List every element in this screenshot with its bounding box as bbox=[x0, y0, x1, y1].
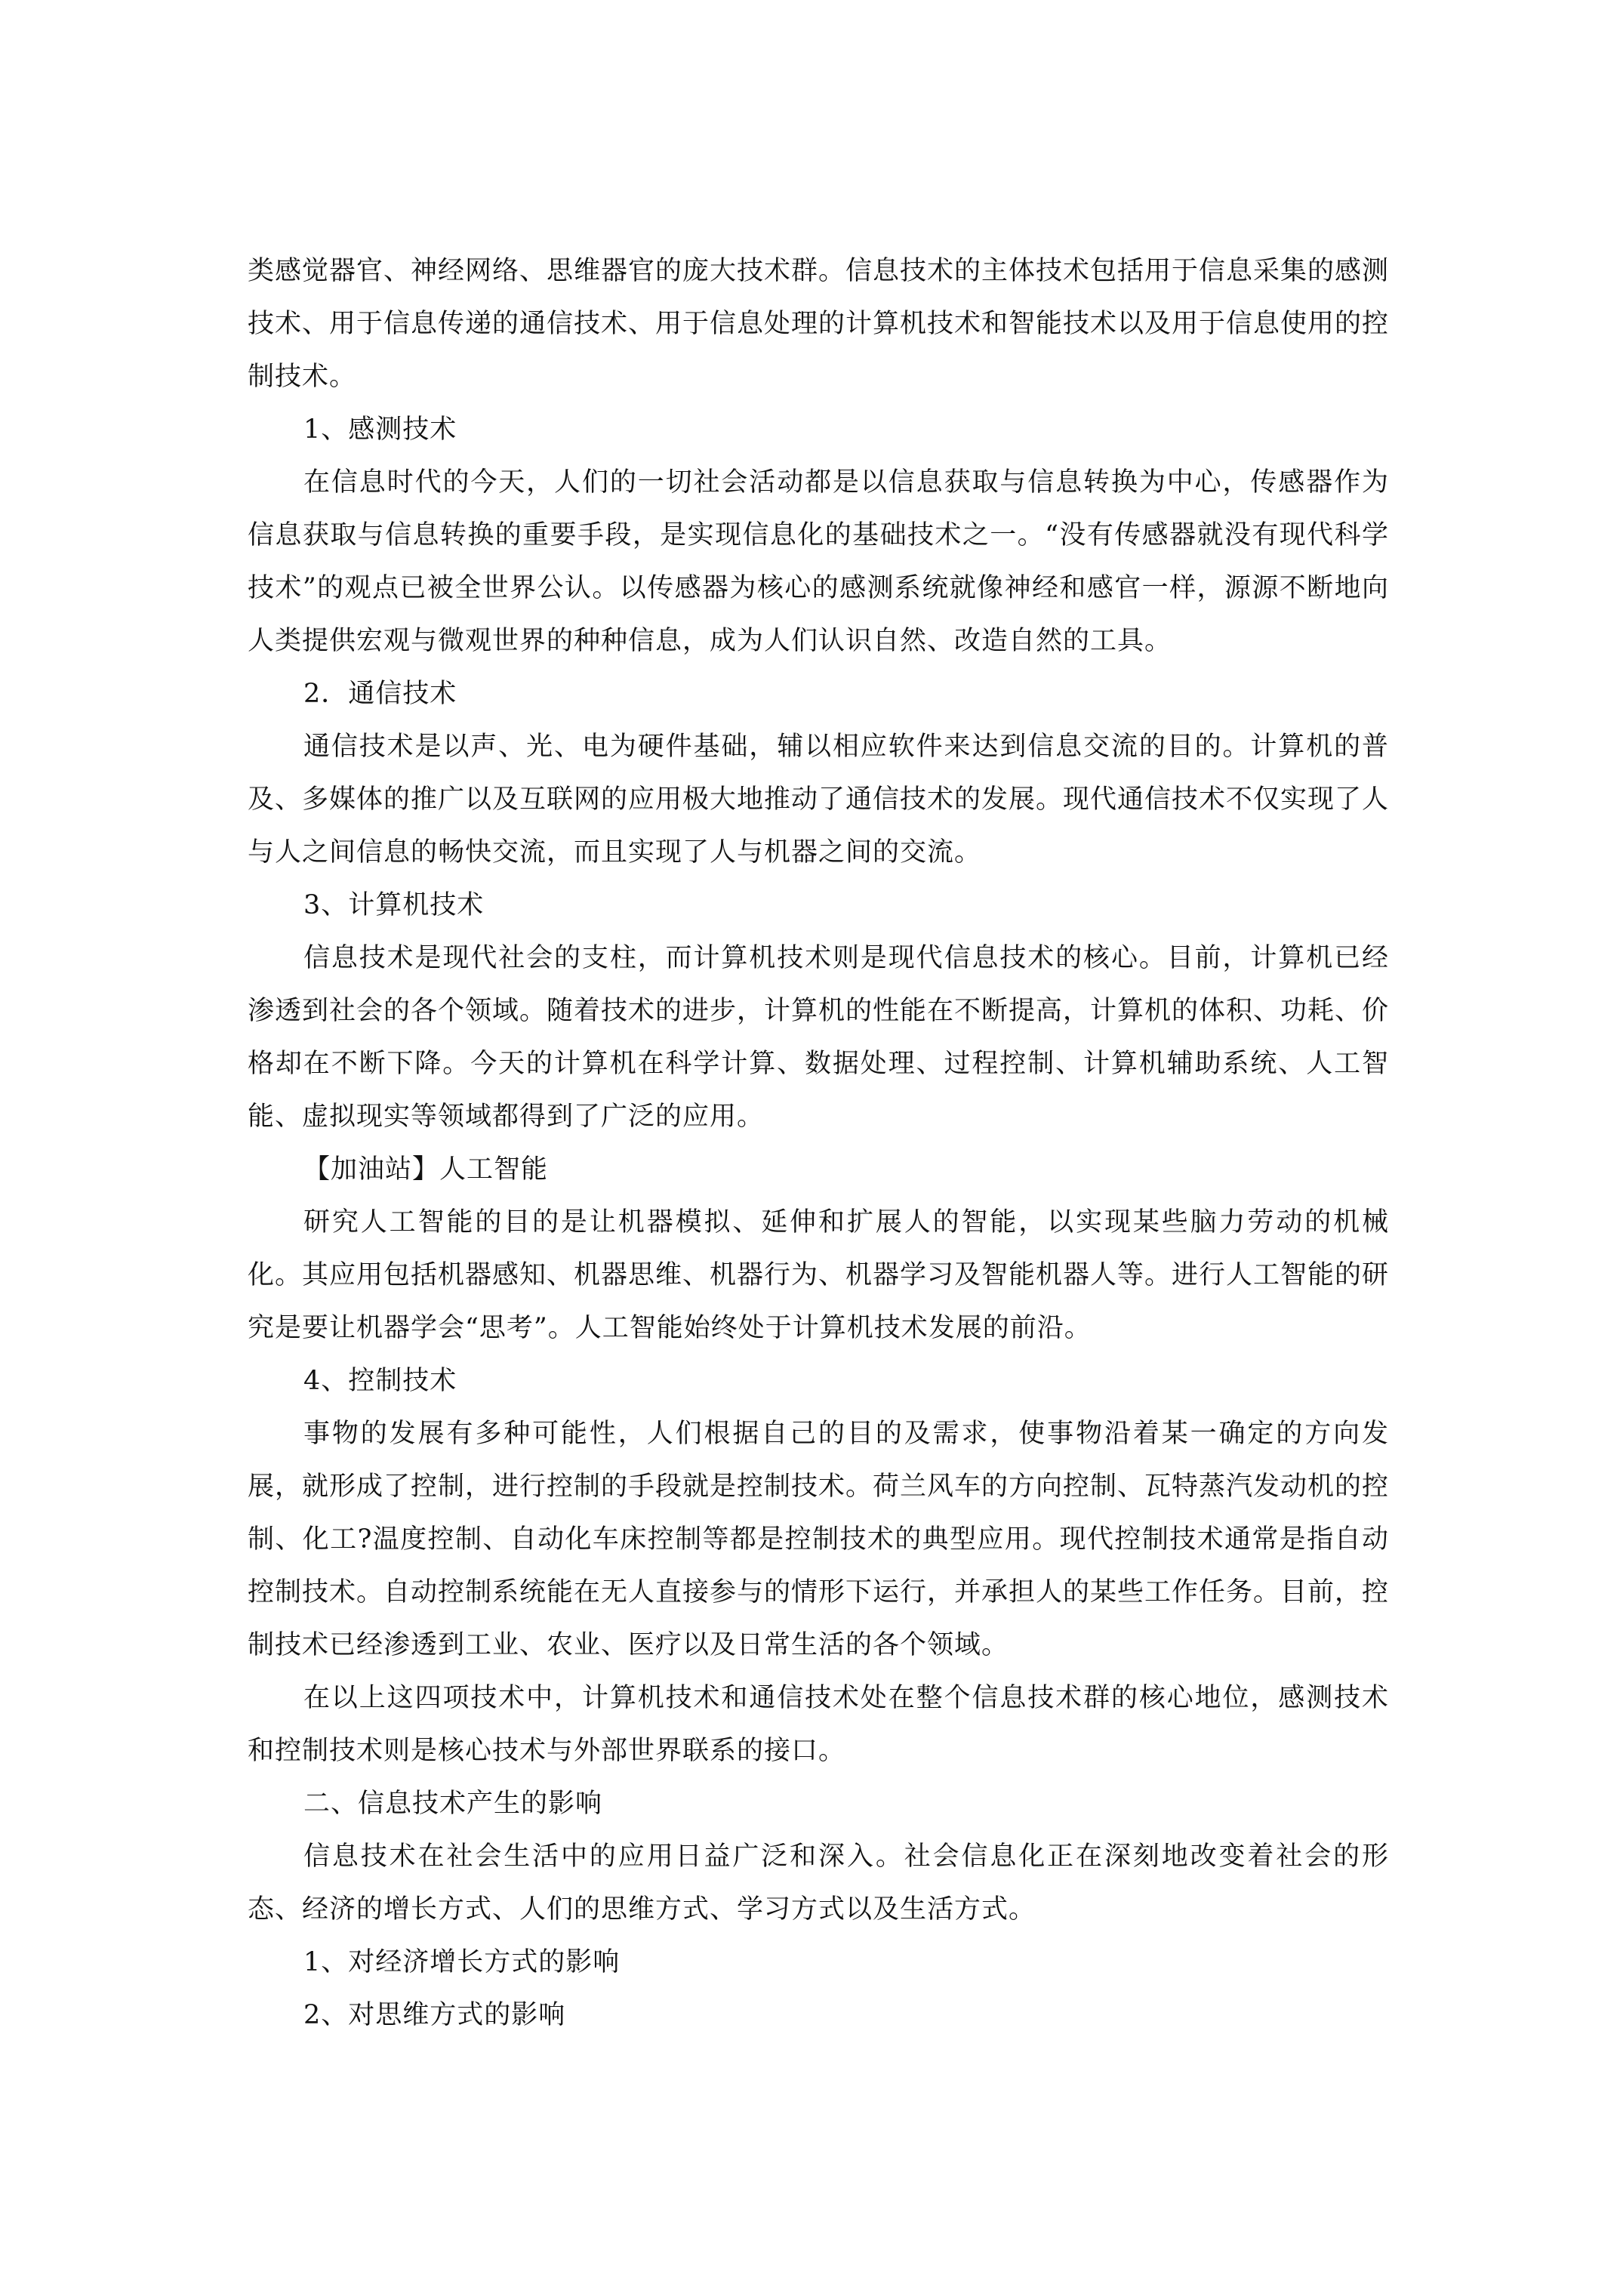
heading-communication-technology: 2．通信技术 bbox=[248, 667, 1389, 720]
heading-control-technology: 4、控制技术 bbox=[248, 1354, 1389, 1407]
heading-computer-technology: 3、计算机技术 bbox=[248, 879, 1389, 932]
paragraph-control-technology: 事物的发展有多种可能性，人们根据自己的目的及需求，使事物沿着某一确定的方向发展，… bbox=[248, 1407, 1389, 1672]
paragraph-impact: 信息技术在社会生活中的应用日益广泛和深入。社会信息化正在深刻地改变着社会的形态、… bbox=[248, 1830, 1389, 1936]
paragraph-computer-technology: 信息技术是现代社会的支柱，而计算机技术则是现代信息技术的核心。目前，计算机已经渗… bbox=[248, 932, 1389, 1143]
paragraph-communication-technology: 通信技术是以声、光、电为硬件基础，辅以相应软件来达到信息交流的目的。计算机的普及… bbox=[248, 720, 1389, 879]
paragraph-intro-continued: 类感觉器官、神经网络、思维器官的庞大技术群。信息技术的主体技术包括用于信息采集的… bbox=[248, 245, 1389, 403]
paragraph-summary: 在以上这四项技术中，计算机技术和通信技术处在整个信息技术群的核心地位，感测技术和… bbox=[248, 1672, 1389, 1777]
heading-economic-impact: 1、对经济增长方式的影响 bbox=[248, 1936, 1389, 1989]
heading-sensing-technology: 1、感测技术 bbox=[248, 403, 1389, 456]
heading-thinking-impact: 2、对思维方式的影响 bbox=[248, 1989, 1389, 2042]
heading-ai-sidebar: 【加油站】人工智能 bbox=[248, 1143, 1389, 1196]
document-page: 类感觉器官、神经网络、思维器官的庞大技术群。信息技术的主体技术包括用于信息采集的… bbox=[248, 245, 1389, 2042]
heading-impact: 二、信息技术产生的影响 bbox=[248, 1777, 1389, 1830]
paragraph-ai: 研究人工智能的目的是让机器模拟、延伸和扩展人的智能，以实现某些脑力劳动的机械化。… bbox=[248, 1196, 1389, 1354]
paragraph-sensing-technology: 在信息时代的今天，人们的一切社会活动都是以信息获取与信息转换为中心，传感器作为信… bbox=[248, 456, 1389, 667]
